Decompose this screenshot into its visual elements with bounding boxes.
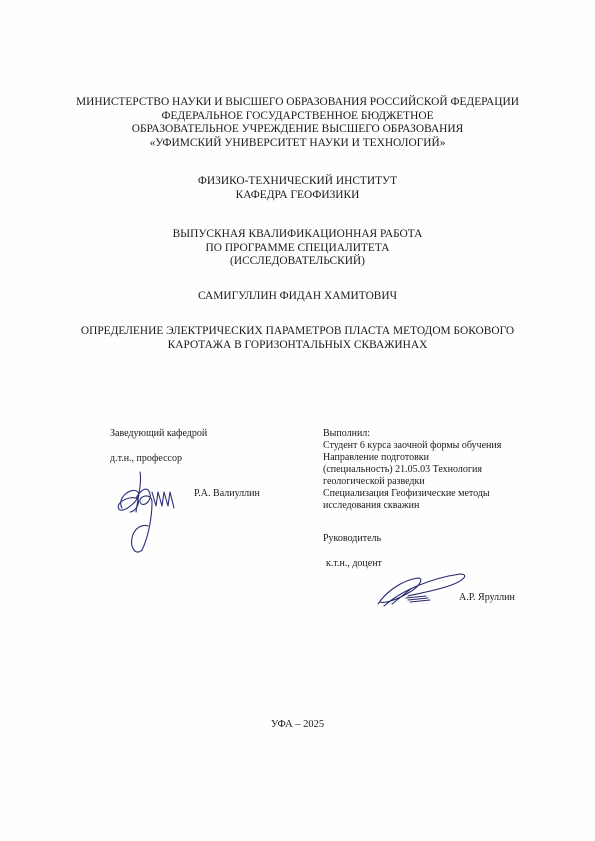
header-line: МИНИСТЕРСТВО НАУКИ И ВЫСШЕГО ОБРАЗОВАНИЯ… <box>0 96 595 110</box>
performer-line: Студент 6 курса заочной формы обучения <box>323 440 501 453</box>
document-page: МИНИСТЕРСТВО НАУКИ И ВЫСШЕГО ОБРАЗОВАНИЯ… <box>0 0 595 841</box>
performer-heading: Выполнил: <box>323 428 370 441</box>
performer-line: Специализация Геофизические методы <box>323 488 490 501</box>
work-type-line: ВЫПУСКНАЯ КВАЛИФИКАЦИОННАЯ РАБОТА <box>0 228 595 242</box>
ministry-header: МИНИСТЕРСТВО НАУКИ И ВЫСШЕГО ОБРАЗОВАНИЯ… <box>0 96 595 150</box>
institute-header: ФИЗИКО-ТЕХНИЧЕСКИЙ ИНСТИТУТ КАФЕДРА ГЕОФ… <box>0 175 595 202</box>
performer-line: геологической разведки <box>323 476 425 489</box>
work-type: ВЫПУСКНАЯ КВАЛИФИКАЦИОННАЯ РАБОТА ПО ПРО… <box>0 228 595 269</box>
head-role: Заведующий кафедрой <box>110 428 207 441</box>
author-name: САМИГУЛЛИН ФИДАН ХАМИТОВИЧ <box>0 290 595 304</box>
institute-line: ФИЗИКО-ТЕХНИЧЕСКИЙ ИНСТИТУТ <box>0 175 595 189</box>
city-year: УФА – 2025 <box>0 719 595 730</box>
performer-line: (специальность) 21.05.03 Технология <box>323 464 482 477</box>
work-type-line: (ИССЛЕДОВАТЕЛЬСКИЙ) <box>0 255 595 269</box>
supervisor-role: Руководитель <box>323 533 381 546</box>
header-line: ОБРАЗОВАТЕЛЬНОЕ УЧРЕЖДЕНИЕ ВЫСШЕГО ОБРАЗ… <box>0 123 595 137</box>
performer-line: исследования скважин <box>323 500 419 513</box>
performer-line: Направление подготовки <box>323 452 429 465</box>
supervisor-signature-icon <box>372 568 472 610</box>
head-degree: д.т.н., профессор <box>110 453 182 466</box>
department-line: КАФЕДРА ГЕОФИЗИКИ <box>0 189 595 203</box>
thesis-title-line: ОПРЕДЕЛЕНИЕ ЭЛЕКТРИЧЕСКИХ ПАРАМЕТРОВ ПЛА… <box>0 325 595 339</box>
thesis-title: ОПРЕДЕЛЕНИЕ ЭЛЕКТРИЧЕСКИХ ПАРАМЕТРОВ ПЛА… <box>0 325 595 352</box>
work-type-line: ПО ПРОГРАММЕ СПЕЦИАЛИТЕТА <box>0 242 595 256</box>
head-name: Р.А. Валиуллин <box>194 488 260 501</box>
thesis-title-line: КАРОТАЖА В ГОРИЗОНТАЛЬНЫХ СКВАЖИНАХ <box>0 339 595 353</box>
header-line: «УФИМСКИЙ УНИВЕРСИТЕТ НАУКИ И ТЕХНОЛОГИЙ… <box>0 137 595 151</box>
head-signature-icon <box>112 468 192 558</box>
header-line: ФЕДЕРАЛЬНОЕ ГОСУДАРСТВЕННОЕ БЮДЖЕТНОЕ <box>0 110 595 124</box>
